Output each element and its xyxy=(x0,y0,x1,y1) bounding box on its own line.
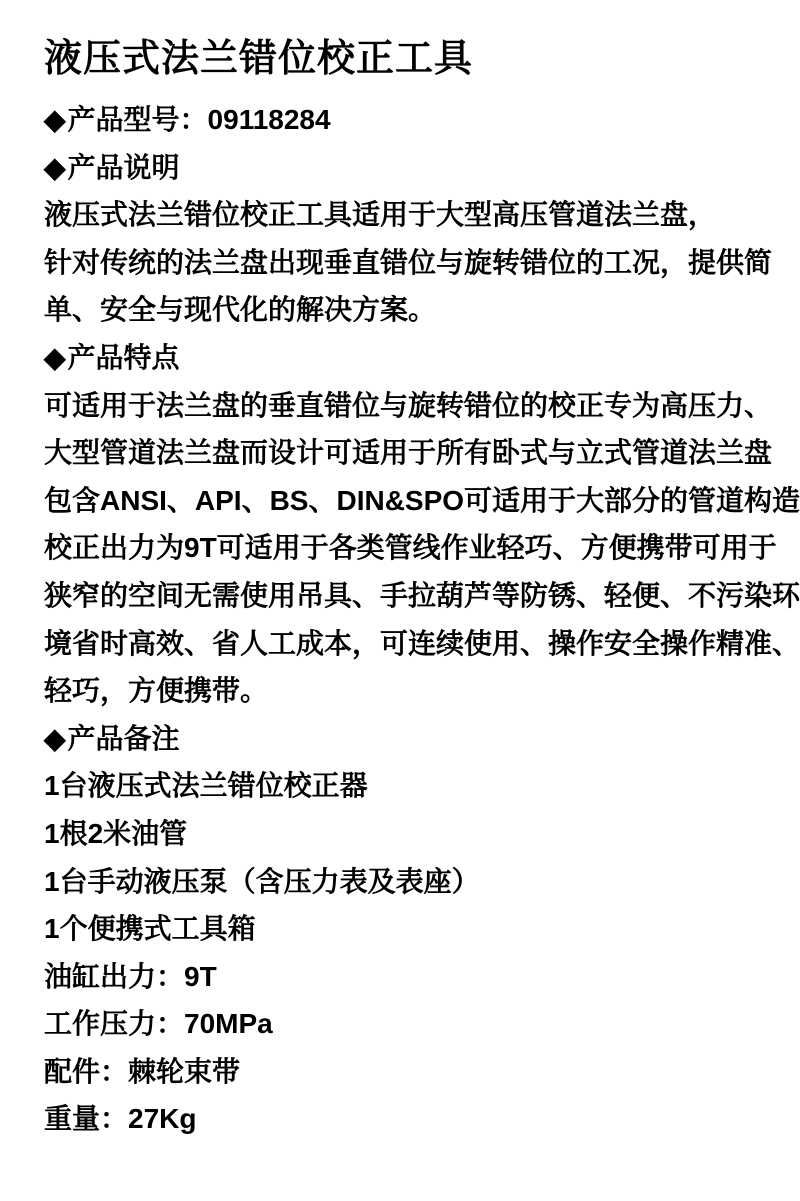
line-text: 针对传统的法兰盘出现垂直错位与旋转错位的工况，提供简 xyxy=(44,247,772,278)
line-text: 校正出力为9T可适用于各类管线作业轻巧、方便携带可用于 xyxy=(44,532,777,563)
section-heading: ◆产品型号：09118284 xyxy=(44,96,772,144)
text-line: 单、安全与现代化的解决方案。 xyxy=(44,286,772,334)
line-text: 重量：27Kg xyxy=(44,1103,196,1134)
diamond-bullet-icon: ◆ xyxy=(44,96,66,144)
line-text: 产品特点 xyxy=(68,342,180,373)
page-title: 液压式法兰错位校正工具 xyxy=(44,34,772,84)
text-line: 境省时高效、省人工成本，可连续使用、操作安全操作精准、 xyxy=(44,620,772,668)
line-text: 境省时高效、省人工成本，可连续使用、操作安全操作精准、 xyxy=(44,628,800,659)
document-body: ◆产品型号：09118284◆产品说明液压式法兰错位校正工具适用于大型高压管道法… xyxy=(44,96,772,1143)
diamond-bullet-icon: ◆ xyxy=(44,715,66,763)
line-text: 单、安全与现代化的解决方案。 xyxy=(44,294,436,325)
product-document: 液压式法兰错位校正工具 ◆产品型号：09118284◆产品说明液压式法兰错位校正… xyxy=(0,0,800,1143)
line-text: 油缸出力：9T xyxy=(44,961,217,992)
text-line: 包含ANSI、API、BS、DIN&SPO可适用于大部分的管道构造 xyxy=(44,477,772,525)
text-line: 配件：棘轮束带 xyxy=(44,1048,772,1096)
line-text: 轻巧，方便携带。 xyxy=(44,675,268,706)
diamond-bullet-icon: ◆ xyxy=(44,144,66,192)
text-line: 1台液压式法兰错位校正器 xyxy=(44,762,772,810)
line-text: 产品备注 xyxy=(68,723,180,754)
text-line: 大型管道法兰盘而设计可适用于所有卧式与立式管道法兰盘 xyxy=(44,429,772,477)
diamond-bullet-icon: ◆ xyxy=(44,334,66,382)
line-text: 包含ANSI、API、BS、DIN&SPO可适用于大部分的管道构造 xyxy=(44,485,800,516)
line-text: 1根2米油管 xyxy=(44,818,187,849)
text-line: 针对传统的法兰盘出现垂直错位与旋转错位的工况，提供简 xyxy=(44,239,772,287)
text-line: 液压式法兰错位校正工具适用于大型高压管道法兰盘， xyxy=(44,191,772,239)
line-text: 可适用于法兰盘的垂直错位与旋转错位的校正专为高压力、 xyxy=(44,390,772,421)
line-text: 1台手动液压泵（含压力表及表座） xyxy=(44,866,480,897)
text-line: 油缸出力：9T xyxy=(44,953,772,1001)
line-text: 产品说明 xyxy=(68,152,180,183)
text-line: 校正出力为9T可适用于各类管线作业轻巧、方便携带可用于 xyxy=(44,524,772,572)
line-text: 1台液压式法兰错位校正器 xyxy=(44,770,368,801)
line-text: 液压式法兰错位校正工具适用于大型高压管道法兰盘， xyxy=(44,199,716,230)
text-line: 1根2米油管 xyxy=(44,810,772,858)
line-text: 1个便携式工具箱 xyxy=(44,913,256,944)
line-text: 大型管道法兰盘而设计可适用于所有卧式与立式管道法兰盘 xyxy=(44,437,772,468)
section-heading: ◆产品特点 xyxy=(44,334,772,382)
line-text: 产品型号：09118284 xyxy=(68,104,331,135)
text-line: 工作压力：70MPa xyxy=(44,1000,772,1048)
text-line: 可适用于法兰盘的垂直错位与旋转错位的校正专为高压力、 xyxy=(44,382,772,430)
line-text: 工作压力：70MPa xyxy=(44,1008,273,1039)
text-line: 重量：27Kg xyxy=(44,1095,772,1143)
text-line: 1个便携式工具箱 xyxy=(44,905,772,953)
section-heading: ◆产品备注 xyxy=(44,715,772,763)
text-line: 轻巧，方便携带。 xyxy=(44,667,772,715)
section-heading: ◆产品说明 xyxy=(44,144,772,192)
text-line: 狭窄的空间无需使用吊具、手拉葫芦等防锈、轻便、不污染环 xyxy=(44,572,772,620)
line-text: 配件：棘轮束带 xyxy=(44,1056,240,1087)
line-text: 狭窄的空间无需使用吊具、手拉葫芦等防锈、轻便、不污染环 xyxy=(44,580,800,611)
text-line: 1台手动液压泵（含压力表及表座） xyxy=(44,858,772,906)
